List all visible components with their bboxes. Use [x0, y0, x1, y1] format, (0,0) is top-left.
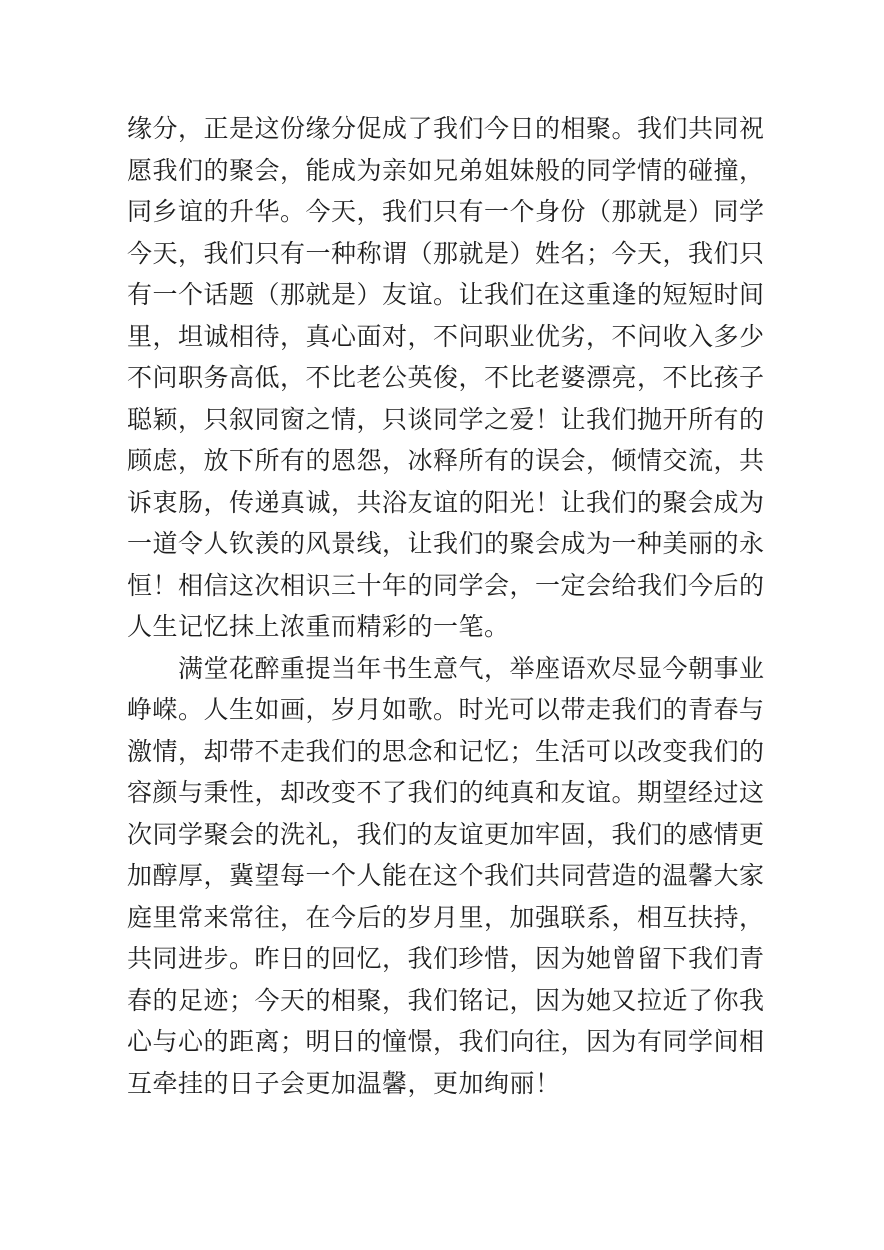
text-line: 诉衷肠，传递真诚，共浴友谊的阳光！让我们的聚会成为 — [127, 483, 755, 525]
document-body: 缘分，正是这份缘分促成了我们今日的相聚。我们共同祝愿我们的聚会，能成为亲如兄弟姐… — [127, 109, 755, 1105]
document-page: 缘分，正是这份缘分促成了我们今日的相聚。我们共同祝愿我们的聚会，能成为亲如兄弟姐… — [0, 0, 884, 1250]
text-line: 愿我们的聚会，能成为亲如兄弟姐妹般的同学情的碰撞， — [127, 151, 755, 193]
text-line: 恒！相信这次相识三十年的同学会，一定会给我们今后的 — [127, 566, 755, 608]
text-line: 里，坦诚相待，真心面对，不问职业优劣，不问收入多少 — [127, 317, 755, 359]
text-line: 聪颖，只叙同窗之情，只谈同学之爱！让我们抛开所有的 — [127, 400, 755, 442]
text-line: 缘分，正是这份缘分促成了我们今日的相聚。我们共同祝 — [127, 109, 755, 151]
text-line: 峥嵘。人生如画，岁月如歌。时光可以带走我们的青春与 — [127, 690, 755, 732]
text-line: 一道令人钦羡的风景线，让我们的聚会成为一种美丽的永 — [127, 524, 755, 566]
text-line: 春的足迹；今天的相聚，我们铭记，因为她又拉近了你我 — [127, 981, 755, 1023]
text-line: 顾虑，放下所有的恩怨，冰释所有的误会，倾情交流，共 — [127, 441, 755, 483]
text-line: 心与心的距离；明日的憧憬，我们向往，因为有同学间相 — [127, 1022, 755, 1064]
text-line: 容颜与秉性，却改变不了我们的纯真和友谊。期望经过这 — [127, 773, 755, 815]
paragraph: 满堂花醉重提当年书生意气，举座语欢尽显今朝事业峥嵘。人生如画，岁月如歌。时光可以… — [127, 649, 755, 1106]
paragraph: 缘分，正是这份缘分促成了我们今日的相聚。我们共同祝愿我们的聚会，能成为亲如兄弟姐… — [127, 109, 755, 649]
text-line: 互牵挂的日子会更加温馨，更加绚丽！ — [127, 1064, 755, 1106]
text-line: 今天，我们只有一种称谓（那就是）姓名；今天，我们只 — [127, 234, 755, 276]
text-line: 共同进步。昨日的回忆，我们珍惜，因为她曾留下我们青 — [127, 939, 755, 981]
text-line: 人生记忆抹上浓重而精彩的一笔。 — [127, 607, 755, 649]
text-line: 满堂花醉重提当年书生意气，举座语欢尽显今朝事业 — [127, 649, 755, 691]
text-line: 加醇厚，冀望每一个人能在这个我们共同营造的温馨大家 — [127, 856, 755, 898]
text-line: 次同学聚会的洗礼，我们的友谊更加牢固，我们的感情更 — [127, 815, 755, 857]
text-line: 激情，却带不走我们的思念和记忆；生活可以改变我们的 — [127, 732, 755, 774]
text-line: 同乡谊的升华。今天，我们只有一个身份（那就是）同学 — [127, 192, 755, 234]
text-line: 不问职务高低，不比老公英俊，不比老婆漂亮，不比孩子 — [127, 358, 755, 400]
text-line: 有一个话题（那就是）友谊。让我们在这重逢的短短时间 — [127, 275, 755, 317]
text-line: 庭里常来常往，在今后的岁月里，加强联系，相互扶持， — [127, 898, 755, 940]
